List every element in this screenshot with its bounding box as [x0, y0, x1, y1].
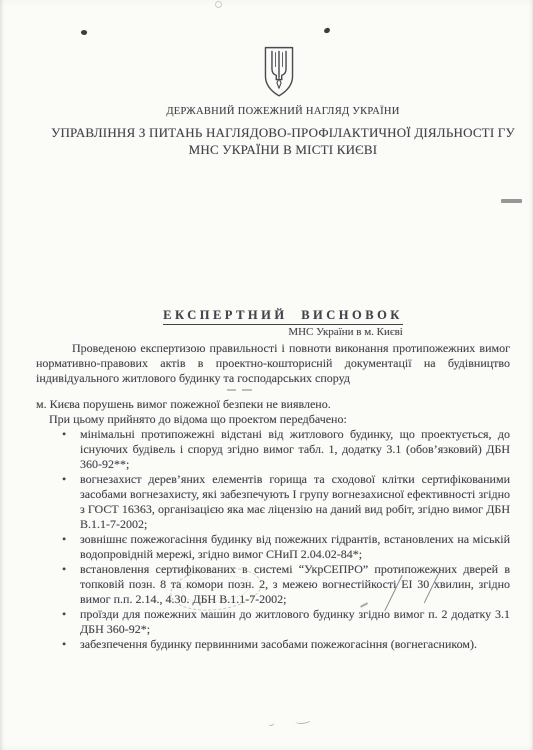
- pencil-squiggle-icon: [267, 719, 275, 727]
- list-item: забезпечення будинку первинними засобами…: [36, 637, 510, 652]
- ink-speck-icon: [80, 29, 87, 36]
- pencil-squiggle-icon: [294, 716, 310, 726]
- margin-dash-mark: [501, 199, 522, 203]
- intro-paragraph: Проведеною експертизою правильності і по…: [36, 341, 510, 386]
- finding-paragraph: м. Києва порушень вимог пожежної безпеки…: [36, 397, 510, 412]
- ukraine-trident-emblem-icon: [262, 46, 296, 98]
- document-body: Проведеною експертизою правильності і по…: [36, 341, 510, 652]
- list-item: проїзди для пожежних машин до житлового …: [36, 607, 510, 637]
- list-item: вогнезахист дерев’яних елементів горища …: [36, 472, 510, 532]
- letterhead: ДЕРЖАВНИЙ ПОЖЕЖНИЙ НАГЛЯД УКРАЇНИ УПРАВЛ…: [28, 106, 533, 158]
- department-name: УПРАВЛІННЯ З ПИТАНЬ НАГЛЯДОВО-ПРОФІЛАКТИ…: [28, 124, 533, 158]
- list-item: мінімальні протипожежні відстані від жит…: [36, 427, 510, 472]
- page-subtitle: МНС України в м. Києві: [163, 326, 403, 338]
- provisions-list: мінімальні протипожежні відстані від жит…: [36, 427, 510, 652]
- agency-name: ДЕРЖАВНИЙ ПОЖЕЖНИЙ НАГЛЯД УКРАЇНИ: [28, 106, 533, 117]
- ink-speck-icon: [323, 27, 330, 33]
- department-line-1: УПРАВЛІННЯ З ПИТАНЬ НАГЛЯДОВО-ПРОФІЛАКТИ…: [28, 124, 533, 141]
- department-line-2: МНС УКРАЇНИ В МІСТІ КИЄВІ: [28, 141, 533, 158]
- scanned-document-page: ДЕРЖАВНИЙ ПОЖЕЖНИЙ НАГЛЯД УКРАЇНИ УПРАВЛ…: [0, 0, 533, 750]
- ink-speck-icon: [215, 1, 222, 8]
- list-item: зовнішнє пожежогасіння будинку від пожеж…: [36, 532, 510, 562]
- title-block: ЕКСПЕРТНИЙ ВИСНОВОК МНС України в м. Киє…: [28, 306, 533, 340]
- lead-in-paragraph: При цьому прийнято до відома що проектом…: [36, 412, 510, 427]
- pencil-dash-mark: [227, 388, 255, 391]
- page-title: ЕКСПЕРТНИЙ ВИСНОВОК: [163, 308, 403, 325]
